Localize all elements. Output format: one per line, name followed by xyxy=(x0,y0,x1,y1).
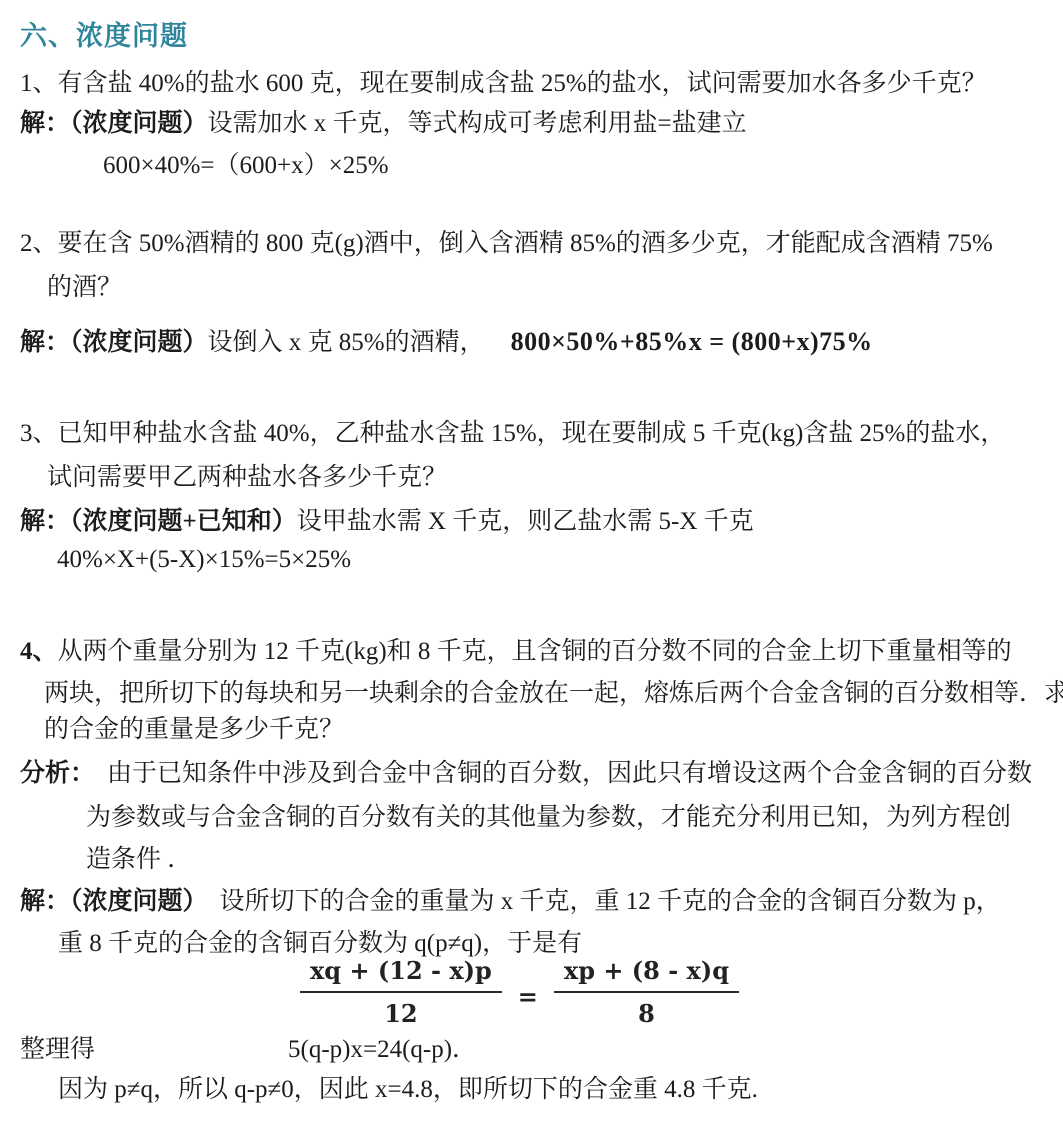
left-fraction: xq + (12 - x)p 12 xyxy=(300,956,502,1028)
left-fraction-numerator: xq + (12 - x)p xyxy=(300,956,502,993)
problem4-analysis-line1: 分析：由于已知条件中涉及到合金中含铜的百分数，因此只有增设这两个合金含铜的百分数 xyxy=(20,758,1032,789)
problem1-solution-label: 解：（浓度问题） xyxy=(20,110,208,137)
simplify-label: 整理得 xyxy=(20,1034,95,1065)
problem3-equation: 40%×X+(5-X)×15%=5×25% xyxy=(57,544,351,575)
problem1-statement: 1、有含盐 40%的盐水 600 克，现在要制成含盐 25%的盐水，试问需要加水… xyxy=(20,68,987,99)
problem4-statement-line3: 的合金的重量是多少千克？ xyxy=(44,714,344,745)
problem2-statement-line1: 2、要在含 50%酒精的 800 克(g)酒中，倒入含酒精 85%的酒多少克，才… xyxy=(20,228,993,259)
problem2-statement-line2: 的酒？ xyxy=(47,272,122,303)
problem2-solution-text: 设倒入 x 克 85%的酒精， xyxy=(208,329,485,356)
equals-sign: = xyxy=(518,974,538,1011)
problem2-solution-label: 解：（浓度问题） xyxy=(20,329,208,356)
simplified-equation: 5(q-p)x=24(q-p)． xyxy=(288,1034,477,1065)
problem4-analysis-line3: 造条件 ． xyxy=(86,844,192,875)
problem3-solution-label: 解：（浓度问题+已知和） xyxy=(20,508,297,535)
problem1-solution-line: 解：（浓度问题）设需加水 x 千克，等式构成可考虑利用盐=盐建立 xyxy=(20,108,747,139)
fraction-equation: xq + (12 - x)p 12 = xp + (8 - x)q 8 xyxy=(0,956,1051,1028)
problem1-solution-text: 设需加水 x 千克，等式构成可考虑利用盐=盐建立 xyxy=(208,110,747,137)
problem4-solution-line2: 重 8 千克的合金的含铜百分数为 q(p≠q)，于是有 xyxy=(58,928,582,959)
problem4-solution-label: 解：（浓度问题） xyxy=(20,888,208,915)
document-page: 六、浓度问题 1、有含盐 40%的盐水 600 克，现在要制成含盐 25%的盐水… xyxy=(0,0,1063,1124)
right-fraction-numerator: xp + (8 - x)q xyxy=(554,956,739,993)
problem3-statement-line1: 3、已知甲种盐水含盐 40%，乙种盐水含盐 15%，现在要制成 5 千克(kg)… xyxy=(20,418,1005,449)
problem3-solution-line: 解：（浓度问题+已知和）设甲盐水需 X 千克，则乙盐水需 5-X 千克 xyxy=(20,506,754,537)
section-title: 六、浓度问题 xyxy=(20,14,188,53)
problem3-statement-line2: 试问需要甲乙两种盐水各多少千克？ xyxy=(47,462,447,493)
problem4-analysis-text1: 由于已知条件中涉及到合金中含铜的百分数，因此只有增设这两个合金含铜的百分数 xyxy=(107,760,1032,787)
problem4-solution-text1: 设所切下的合金的重量为 x 千克，重 12 千克的合金的含铜百分数为 p， xyxy=(220,888,1001,915)
problem4-statement-line1: 4、从两个重量分别为 12 千克(kg)和 8 千克，且含铜的百分数不同的合金上… xyxy=(20,636,1012,667)
problem4-analysis-label: 分析： xyxy=(20,760,95,787)
right-fraction: xp + (8 - x)q 8 xyxy=(554,956,739,1028)
problem4-statement-line2: 两块，把所切下的每块和另一块剩余的合金放在一起，熔炼后两个合金含铜的百分数相等．… xyxy=(44,678,1063,709)
problem2-solution-line: 解：（浓度问题）设倒入 x 克 85%的酒精，800×50%+85%x = (8… xyxy=(20,326,873,359)
problem4-analysis-line2: 为参数或与合金含铜的百分数有关的其他量为参数，才能充分利用已知，为列方程创 xyxy=(86,802,1011,833)
problem2-equation: 800×50%+85%x = (800+x)75% xyxy=(511,327,873,356)
problem1-equation: 600×40%=（600+x）×25% xyxy=(103,150,389,181)
problem4-conclusion: 因为 p≠q，所以 q-p≠0，因此 x=4.8，即所切下的合金重 4.8 千克… xyxy=(58,1074,758,1105)
right-fraction-denominator: 8 xyxy=(554,993,739,1028)
left-fraction-denominator: 12 xyxy=(300,993,502,1028)
problem4-number: 4、 xyxy=(20,638,58,665)
problem4-solution-line1: 解：（浓度问题）设所切下的合金的重量为 x 千克，重 12 千克的合金的含铜百分… xyxy=(20,886,1001,917)
problem3-solution-text: 设甲盐水需 X 千克，则乙盐水需 5-X 千克 xyxy=(297,508,754,535)
problem4-statement-text1: 从两个重量分别为 12 千克(kg)和 8 千克，且含铜的百分数不同的合金上切下… xyxy=(58,638,1012,665)
